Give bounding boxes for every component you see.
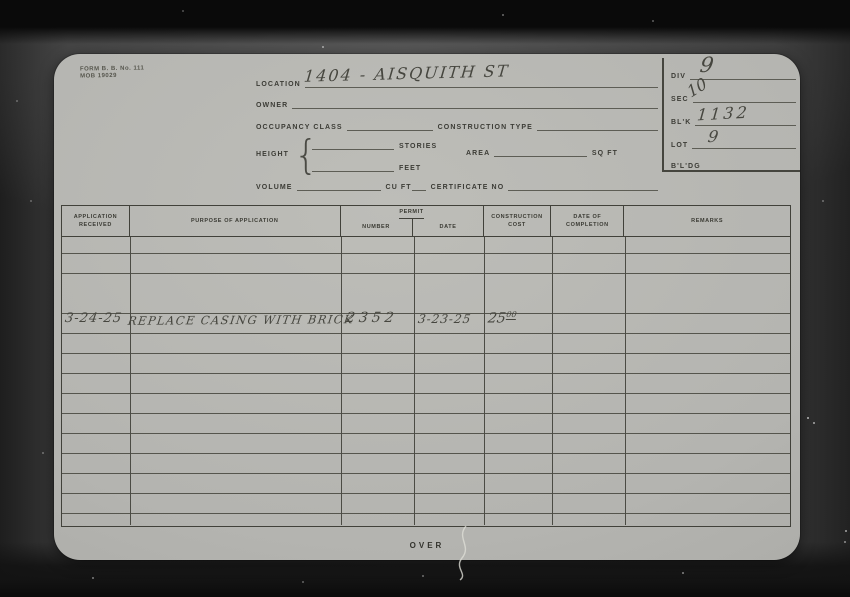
permit-table: APPLICATION RECEIVED PURPOSE OF APPLICAT… [61,205,791,527]
table-row [62,434,790,454]
completion-header-line2: COMPLETION [566,222,609,229]
table-row [62,374,790,394]
column-divider [552,237,553,525]
over-label: OVER [54,541,800,550]
volume-label: VOLUME [256,184,297,191]
location-label: LOCATION [256,81,305,88]
volume-row: VOLUME CU FT CERTIFICATE NO [256,179,658,191]
permit-header: PERMIT [399,209,423,216]
entry-cost-cents: 00 [506,310,518,320]
handwritten-entry-row: 3-24-25 REPLACE CASING WITH BRICK 2352 3… [62,303,790,339]
lot-label: LOT [671,142,692,149]
blk-value-handwritten: 1132 [696,105,750,124]
column-divider [484,237,485,525]
volume-line [297,178,381,191]
height-label: HEIGHT [256,151,293,158]
bldg-row: B'L'DG [671,158,796,170]
purpose-header: PURPOSE OF APPLICATION [191,218,278,225]
blk-label: BL'K [671,119,695,126]
column-divider [341,237,342,525]
film-dust-specks [0,0,2,2]
cu-ft-label: CU FT [381,184,412,191]
table-row [62,414,790,434]
cost-header-line1: CONSTRUCTION [491,214,543,221]
application-header-line2: RECEIVED [79,222,112,229]
col-remarks: REMARKS [624,206,790,236]
column-divider [130,237,131,525]
feet-line [312,159,394,172]
table-row [62,354,790,374]
construction-type-label: CONSTRUCTION TYPE [433,124,537,131]
form-number-line2: MOB 19029 [80,72,144,80]
area-line [494,144,587,157]
entry-permit-number: 2352 [345,311,399,325]
col-permit-date: DATE [413,219,483,236]
stories-label: STORIES [394,143,437,150]
table-body: 3-24-25 REPLACE CASING WITH BRICK 2352 3… [62,237,790,525]
table-row [62,494,790,514]
div-row: DIV [671,68,796,80]
col-application-received: APPLICATION RECEIVED [62,206,130,236]
entry-permit-date: 3-23-25 [417,313,472,325]
table-row [62,237,790,254]
table-row [62,514,790,525]
owner-label: OWNER [256,102,292,109]
entry-purpose: REPLACE CASING WITH BRICK [127,314,355,327]
film-scratch [452,524,478,582]
certificate-no-line [508,178,658,191]
entry-cost-dollars: 25 [487,311,507,327]
div-label: DIV [671,73,690,80]
certificate-no-label: CERTIFICATE NO [426,184,509,191]
stories-row: STORIES [312,138,440,150]
cost-header-line2: COST [508,222,526,229]
occupancy-class-line [347,118,433,131]
cu-ft-gap-line [412,178,426,191]
construction-type-line [537,118,658,131]
remarks-header: REMARKS [691,218,723,225]
table-header: APPLICATION RECEIVED PURPOSE OF APPLICAT… [62,206,790,237]
col-purpose: PURPOSE OF APPLICATION [130,206,341,236]
table-row [62,474,790,494]
stories-line [312,137,394,150]
parcel-box: DIV SEC BL'K LOT B'L'DG 9 10 1132 9 [662,58,800,172]
permit-subheaders: NUMBER DATE [340,219,483,236]
entry-construction-cost: 2500 [487,311,517,326]
column-divider [414,237,415,525]
feet-label: FEET [394,165,421,172]
area-label: AREA [466,150,494,157]
col-date-of-completion: DATE OF COMPLETION [551,206,624,236]
permit-card: FORM B. B. No. 111 MOB 19029 LOCATION 14… [54,54,800,560]
owner-row: OWNER [256,97,658,109]
sq-ft-label: SQ FT [587,150,618,157]
occupancy-class-label: OCCUPANCY CLASS [256,124,347,131]
col-permit-group: PERMIT NUMBER DATE [341,206,484,236]
table-row [62,254,790,274]
column-divider [625,237,626,525]
lot-row: LOT [671,137,796,149]
completion-header-line1: DATE OF [573,214,601,221]
entry-application-received: 3-24-25 [64,312,123,325]
microfilm-scan: FORM B. B. No. 111 MOB 19029 LOCATION 14… [0,0,850,597]
area-row: AREA SQ FT [466,145,618,157]
permit-date-header: DATE [440,224,457,231]
owner-line [292,96,658,109]
bldg-label: B'L'DG [671,163,705,170]
col-permit-number: NUMBER [340,219,413,236]
table-row [62,454,790,474]
permit-number-header: NUMBER [362,224,390,231]
occupancy-row: OCCUPANCY CLASS CONSTRUCTION TYPE [256,119,658,131]
permit-header-cell: PERMIT [399,206,423,219]
form-number: FORM B. B. No. 111 MOB 19029 [80,65,145,80]
table-row [62,394,790,414]
sec-line [693,90,796,103]
feet-row: FEET [312,160,440,172]
application-header-line1: APPLICATION [74,214,117,221]
col-construction-cost: CONSTRUCTION COST [484,206,552,236]
